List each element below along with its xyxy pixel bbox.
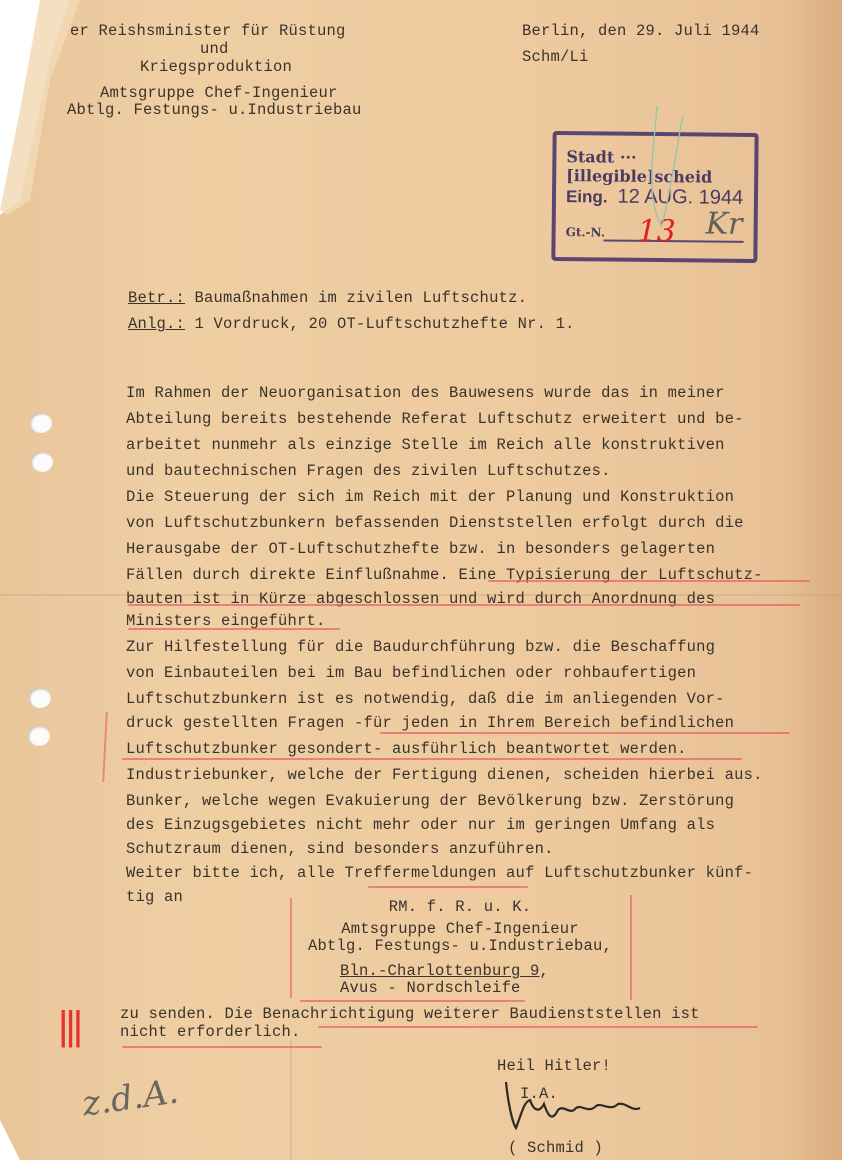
- body-line: Herausgabe der OT-Luftschutzhefte bzw. i…: [126, 536, 715, 562]
- closing-line-2: nicht erforderlich.: [120, 1022, 301, 1042]
- stamp-initials: Kr: [706, 207, 743, 242]
- stamp-journal-label: Gt.-N.: [566, 225, 605, 239]
- red-underline: [128, 628, 340, 630]
- receipt-stamp: Stadt ··· [illegible]scheid Eing.12 AUG.…: [551, 131, 758, 263]
- address-city: Bln.-Charlottenburg 9: [340, 962, 540, 980]
- handwritten-signature-icon: [500, 1082, 650, 1132]
- closing-line-1: zu senden. Die Benachrichtigung weiterer…: [120, 1004, 700, 1024]
- red-underline: [122, 758, 742, 760]
- stamp-prefix: Eing.: [566, 187, 608, 206]
- red-underline: [318, 1026, 758, 1028]
- punch-hole-icon: [30, 413, 52, 433]
- red-underline: [488, 580, 810, 582]
- green-pencil-stroke-icon: [635, 106, 697, 257]
- body-line: Abteilung bereits bestehende Referat Luf…: [126, 406, 744, 432]
- enclosure-line: Anlg.: 1 Vordruck, 20 OT-Luftschutzhefte…: [128, 311, 575, 337]
- body-line: Schutzraum dienen, sind besonders anzufü…: [126, 836, 554, 862]
- body-line: und bautechnischen Fragen des zivilen Lu…: [126, 458, 611, 484]
- betr-text: Baumaßnahmen im zivilen Luftschutz.: [185, 289, 527, 307]
- anlg-label: Anlg.:: [128, 315, 185, 333]
- red-triple-mark: |||: [58, 1004, 80, 1048]
- address-abteilung: Abtlg. Festungs- u.Industriebau,: [290, 937, 630, 956]
- body-line: tig an: [126, 884, 183, 910]
- body-line: arbeitet nunmehr als einzige Stelle im R…: [126, 432, 725, 458]
- body-line: Luftschutzbunkern ist es notwendig, daß …: [126, 686, 725, 712]
- reference-code: Schm/Li: [522, 48, 589, 67]
- red-bracket-right: [630, 895, 632, 1000]
- vertical-fold-crease: [290, 1040, 292, 1160]
- betr-label: Betr.:: [128, 289, 185, 307]
- salutation: Heil Hitler!: [497, 1056, 611, 1076]
- body-line: Weiter bitte ich, alle Treffermeldungen …: [126, 860, 753, 886]
- letterhead-kriegsproduktion: Kriegsproduktion: [140, 58, 292, 77]
- body-line: von Einbauteilen bei im Bau befindlichen…: [126, 660, 696, 686]
- place-date: Berlin, den 29. Juli 1944: [522, 22, 760, 41]
- body-line: Die Steuerung der sich im Reich mit der …: [126, 484, 734, 510]
- body-line: Bunker, welche wegen Evakuierung der Bev…: [126, 788, 734, 814]
- letterhead-abteilung: Abtlg. Festungs- u.Industriebau: [67, 101, 362, 120]
- red-underline: [380, 732, 790, 734]
- address-comma: ,: [540, 962, 550, 980]
- red-underline: [122, 1046, 322, 1048]
- punch-hole-icon: [28, 726, 50, 746]
- signatory-name: ( Schmid ): [508, 1138, 603, 1158]
- body-line: Fällen durch direkte Einflußnahme. Eine …: [126, 562, 763, 588]
- red-underline: [300, 1000, 525, 1002]
- body-line: Zur Hilfestellung für die Baudurchführun…: [126, 634, 715, 660]
- red-underline: [128, 604, 800, 606]
- anlg-text: 1 Vordruck, 20 OT-Luftschutzhefte Nr. 1.: [185, 315, 575, 333]
- address-recipient: RM. f. R. u. K.: [290, 896, 630, 918]
- body-line: Ministers eingeführt.: [126, 608, 326, 634]
- punch-hole-icon: [29, 688, 51, 708]
- body-line: Industriebunker, welche der Fertigung di…: [126, 762, 763, 788]
- letterhead-ministry: er Reishsminister für Rüstung: [70, 22, 346, 41]
- body-line: von Luftschutzbunkern befassenden Dienst…: [126, 510, 744, 536]
- red-underline: [368, 886, 528, 888]
- letterhead-und: und: [200, 40, 229, 59]
- body-line: des Einzugsgebietes nicht mehr oder nur …: [126, 812, 715, 838]
- punch-hole-icon: [31, 452, 53, 472]
- body-line: Im Rahmen der Neuorganisation des Bauwes…: [126, 380, 725, 406]
- address-location: Avus - Nordschleife: [340, 979, 521, 998]
- subject-line: Betr.: Baumaßnahmen im zivilen Luftschut…: [128, 285, 527, 311]
